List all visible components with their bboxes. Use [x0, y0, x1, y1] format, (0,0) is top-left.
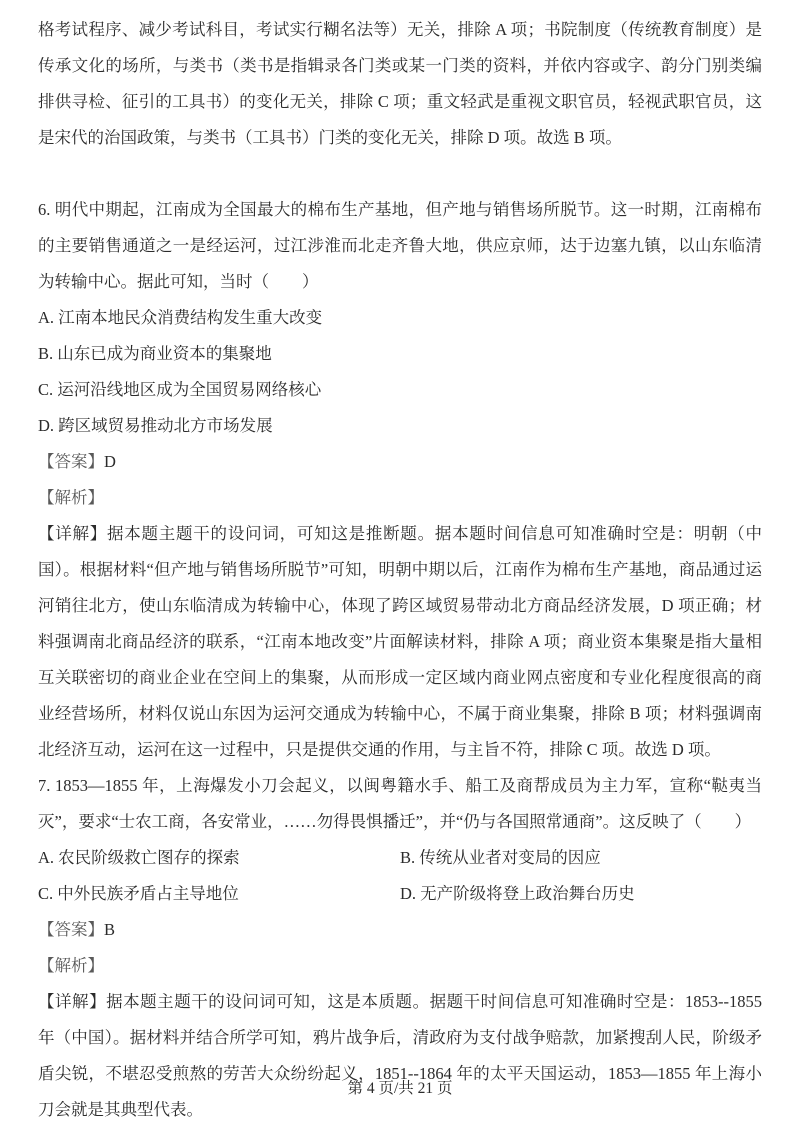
question-7-option-d: D. 无产阶级将登上政治舞台历史	[400, 876, 762, 912]
question-7-block: 7. 1853—1855 年，上海爆发小刀会起义，以闽粤籍水手、船工及商帮成员为…	[38, 768, 762, 1126]
analysis-label: 【解析】	[38, 956, 104, 975]
exam-document-page: 格考试程序、减少考试科目，考试实行糊名法等）无关，排除 A 项；书院制度（传统教…	[0, 0, 800, 1126]
question-7-option-a: A. 农民阶级救亡图存的探索	[38, 840, 400, 876]
page-footer: 第 4 页/共 21 页	[0, 1076, 800, 1098]
question-6-analysis-line: 【解析】	[38, 480, 762, 516]
question-6-stem: 6. 明代中期起，江南成为全国最大的棉布生产基地，但产地与销售场所脱节。这一时期…	[38, 192, 762, 300]
question-7-analysis-line: 【解析】	[38, 948, 762, 984]
question-5-explanation-continuation: 格考试程序、减少考试科目，考试实行糊名法等）无关，排除 A 项；书院制度（传统教…	[38, 12, 762, 156]
question-6-option-a: A. 江南本地民众消费结构发生重大改变	[38, 300, 762, 336]
analysis-label: 【解析】	[38, 488, 104, 507]
question-7-stem: 7. 1853—1855 年，上海爆发小刀会起义，以闽粤籍水手、船工及商帮成员为…	[38, 768, 762, 840]
question-6-answer-value: D	[104, 452, 116, 471]
question-6-option-d: D. 跨区域贸易推动北方市场发展	[38, 408, 762, 444]
question-7-detail-explanation: 【详解】据本题主题干的设问词可知，这是本质题。据题干时间信息可知准确时空是：18…	[38, 984, 762, 1126]
question-7-options: A. 农民阶级救亡图存的探索 B. 传统从业者对变局的因应 C. 中外民族矛盾占…	[38, 840, 762, 912]
question-7-answer-value: B	[104, 920, 115, 939]
question-7-option-c: C. 中外民族矛盾占主导地位	[38, 876, 400, 912]
question-6-detail-explanation: 【详解】据本题主题干的设问词，可知这是推断题。据本题时间信息可知准确时空是：明朝…	[38, 516, 762, 768]
answer-label: 【答案】	[38, 452, 104, 471]
question-7-answer-line: 【答案】B	[38, 912, 762, 948]
answer-label: 【答案】	[38, 920, 104, 939]
question-7-option-b: B. 传统从业者对变局的因应	[400, 840, 762, 876]
question-6-option-c: C. 运河沿线地区成为全国贸易网络核心	[38, 372, 762, 408]
question-6-option-b: B. 山东已成为商业资本的集聚地	[38, 336, 762, 372]
question-6-answer-line: 【答案】D	[38, 444, 762, 480]
question-6-block: 6. 明代中期起，江南成为全国最大的棉布生产基地，但产地与销售场所脱节。这一时期…	[38, 192, 762, 768]
page-number-indicator: 第 4 页/共 21 页	[347, 1080, 452, 1097]
